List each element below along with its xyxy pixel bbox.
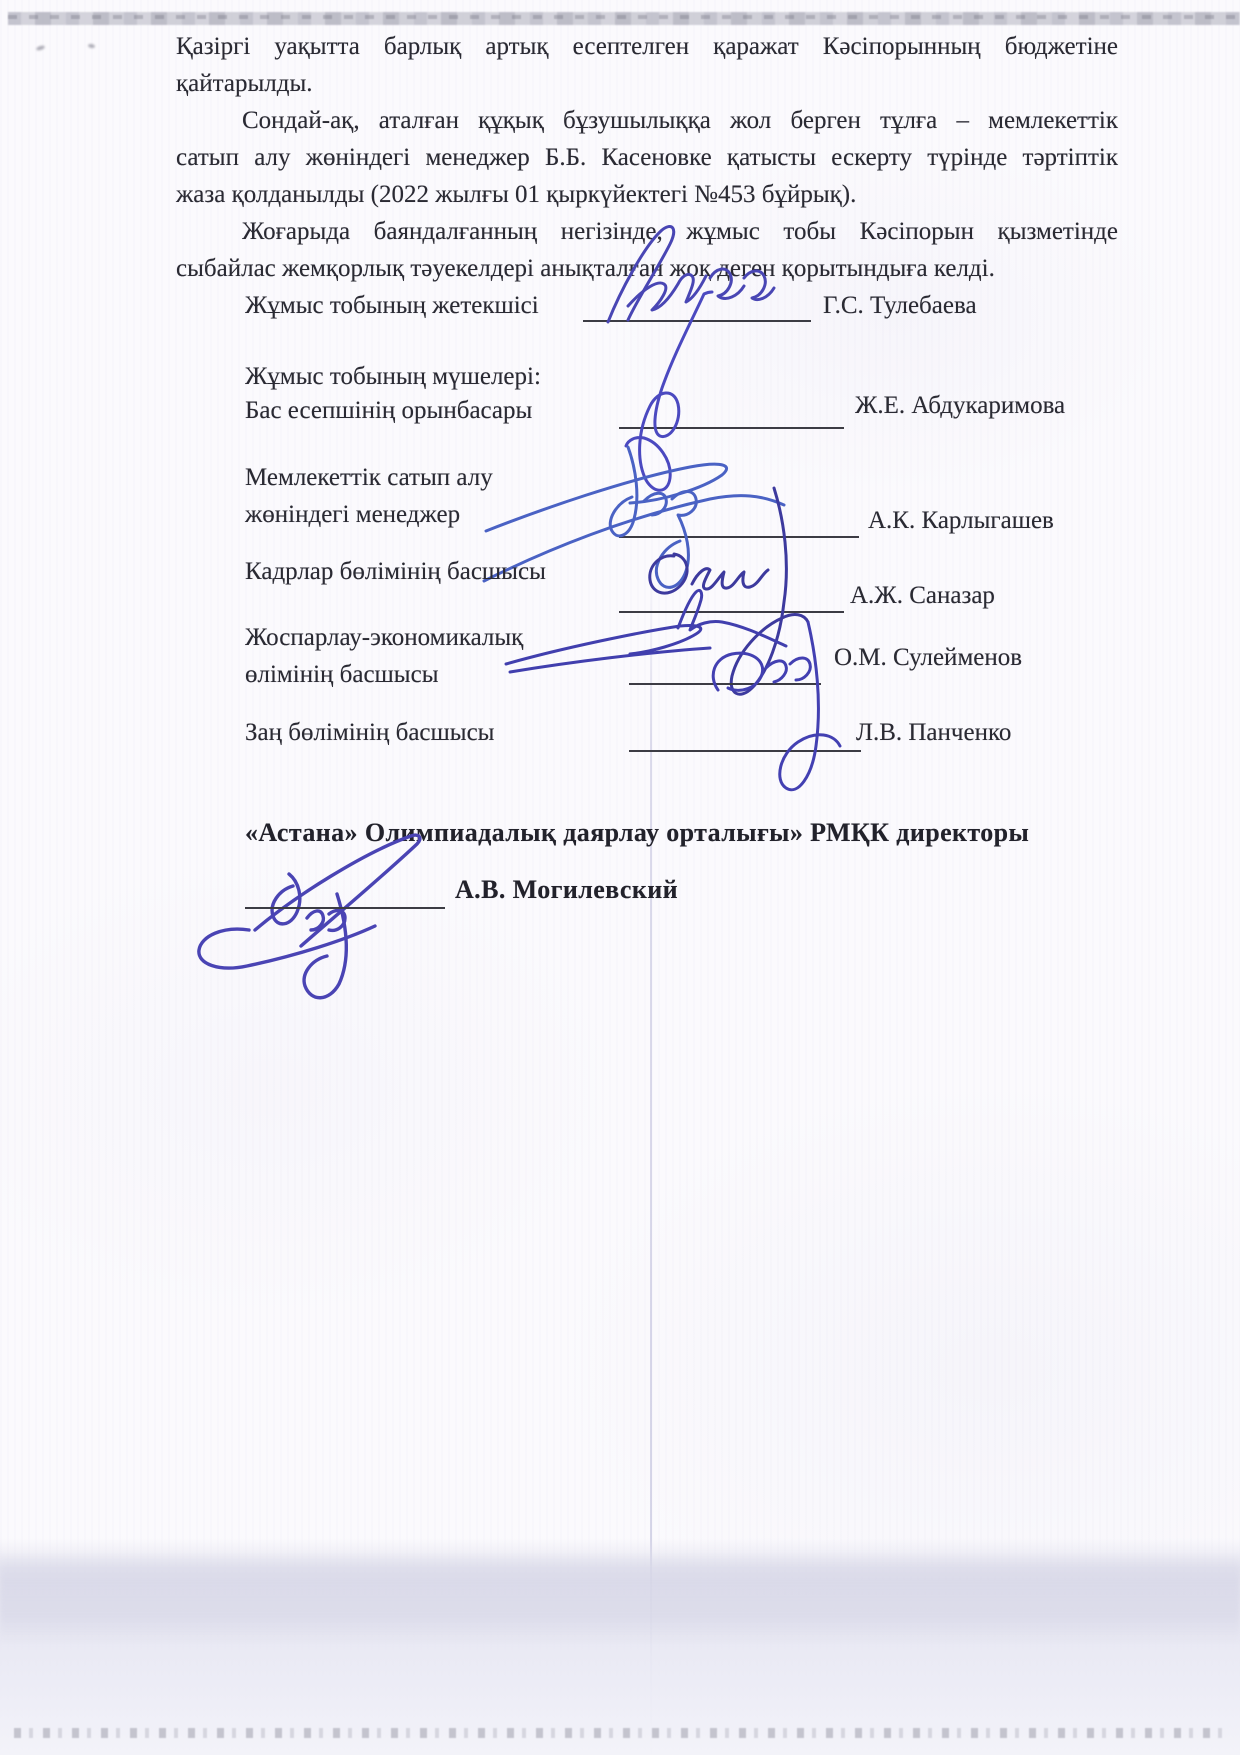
signature-line-director [245, 907, 445, 909]
scanned-document-page: Қазіргі уақытта барлық артық есептелген … [0, 0, 1240, 1755]
signatory-label-leader: Жұмыс тобының жетекшісі [245, 291, 539, 321]
signatory-name-panchenko: Л.В. Панченко [856, 718, 1011, 748]
scan-speckle-row-bottom [14, 1728, 1230, 1738]
paragraph2-line1: Сондай-ақ, аталған құқық бұзушылыққа жол… [176, 102, 1118, 139]
paragraph1-line2: қайтарылды. [176, 65, 1118, 102]
stray-pen-mark [88, 43, 96, 48]
scan-noise-band-bottom-dark [0, 1552, 1240, 1644]
paragraph2-line3: жаза қолданылды (2022 жылғы 01 қыркүйект… [176, 176, 1118, 213]
signatories-heading: Жұмыс тобының мүшелері: [245, 362, 541, 392]
signatory-label-member4-line2: өлімінің басшысы [245, 660, 439, 690]
director-name: А.В. Могилевский [455, 875, 678, 905]
signatory-name-tulebaeva: Г.С. Тулебаева [823, 291, 977, 321]
signatory-label-member5: Заң бөлімінің басшысы [245, 718, 494, 748]
signatory-name-karlygashev: А.К. Карлыгашев [868, 506, 1054, 536]
signatory-name-abdukarimova: Ж.Е. Абдукаримова [855, 391, 1065, 421]
signature-panchenko [678, 606, 853, 841]
signatory-label-member2-line2: жөніндегі менеджер [245, 500, 460, 530]
signatory-label-member4-line1: Жоспарлау-экономикалық [245, 623, 523, 653]
signatory-name-suleimenov: О.М. Сулейменов [834, 643, 1022, 673]
signatory-label-member3: Кадрлар бөлімінің басшысы [245, 557, 546, 587]
scan-noise-band-top-dark [8, 15, 1240, 19]
paragraph2-line2: сатып алу жөніндегі менеджер Б.Б. Касено… [176, 139, 1118, 176]
signature-mogilevskiy [185, 830, 475, 1005]
paragraph1-line1: Қазіргі уақытта барлық артық есептелген … [176, 28, 1118, 65]
stray-pen-mark [36, 45, 46, 52]
signatory-label-member2-line1: Мемлекеттік сатып алу [245, 463, 493, 493]
signatory-name-sanazar: А.Ж. Саназар [850, 581, 995, 611]
